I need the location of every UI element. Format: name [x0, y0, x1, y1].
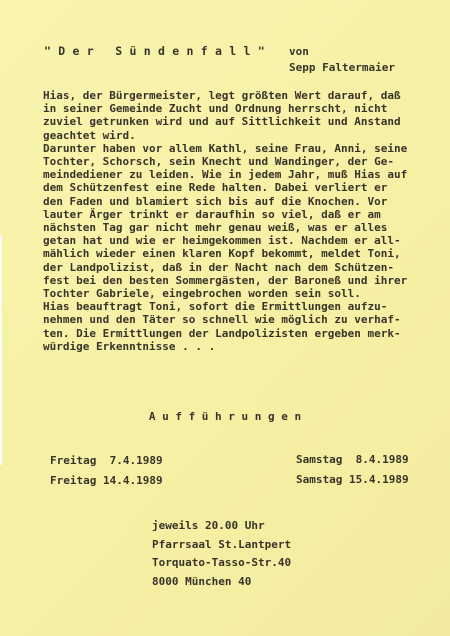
performance-date-friday-1: Freitag 7.4.1989: [50, 454, 163, 467]
synopsis-text: Hias, der Bürgermeister, legt größten We…: [43, 89, 407, 353]
venue-info: jeweils 20.00 Uhr Pfarrsaal St.Lantpert …: [152, 517, 291, 591]
performance-date-saturday-1: Samstag 8.4.1989: [296, 453, 409, 466]
scan-edge-artifact: [0, 235, 2, 465]
page-title: " D e r S ü n d e n f a l l ": [44, 44, 265, 58]
performance-date-friday-2: Freitag 14.4.1989: [50, 474, 163, 487]
byline-prefix: von: [289, 45, 309, 58]
author-name: Sepp Faltermaier: [289, 61, 395, 74]
flyer-page: " D e r S ü n d e n f a l l " von Sepp F…: [0, 0, 450, 636]
performances-heading: A u f f ü h r u n g e n: [0, 410, 450, 423]
performance-date-saturday-2: Samstag 15.4.1989: [296, 473, 409, 486]
